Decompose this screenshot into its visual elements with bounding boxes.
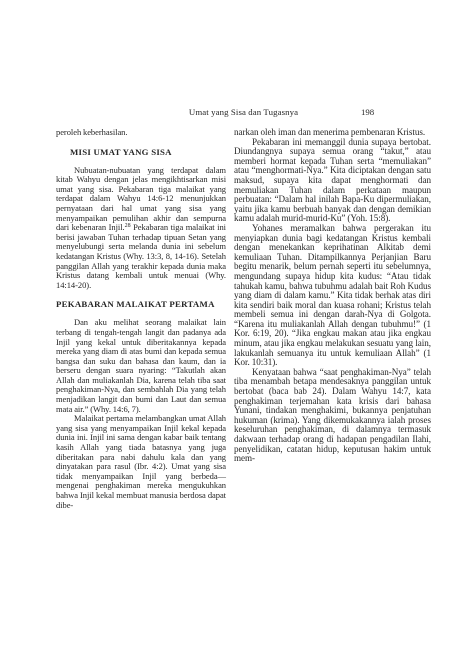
carryover-text: peroleh keberhasilan. bbox=[56, 128, 226, 138]
book-page: Umat yang Sisa dan Tugasnya 198 peroleh … bbox=[0, 0, 460, 650]
paragraph-misi-1: Nubuatan-nubuatan yang terdapat dalam ki… bbox=[56, 166, 226, 291]
text-block: Umat yang Sisa dan Tugasnya 198 peroleh … bbox=[56, 106, 431, 510]
section-heading-misi-umat-yang-sisa: MISI UMAT YANG SISA bbox=[56, 147, 226, 157]
paragraph-misi-1-text-continued: Pekabaran tiga malaikat ini berisi jawab… bbox=[56, 222, 226, 290]
paragraph-scripture-quote: Dan aku melihat seorang malaikat lain te… bbox=[56, 318, 226, 414]
page-number: 198 bbox=[361, 106, 374, 118]
right-column: narkan oleh iman dan menerima pembenaran… bbox=[234, 128, 431, 510]
paragraph-kenyataan-penghakiman: Kenyataan bahwa “saat penghakiman-Nya” t… bbox=[234, 368, 431, 464]
running-head-title: Umat yang Sisa dan Tugasnya bbox=[56, 106, 431, 118]
running-head: Umat yang Sisa dan Tugasnya 198 bbox=[56, 106, 431, 119]
left-column: peroleh keberhasilan. MISI UMAT YANG SIS… bbox=[56, 128, 226, 510]
paragraph-pekabaran-memanggil: Pekabaran ini memanggil dunia supaya ber… bbox=[234, 138, 431, 224]
paragraph-yohanes-meramalkan: Yohanes meramalkan bahwa pergerakan itu … bbox=[234, 224, 431, 368]
paragraph-malaikat-pertama: Malaikat pertama melambangkan umat Allah… bbox=[56, 414, 226, 510]
section-heading-pekabaran-malaikat-pertama: PEKABARAN MALAIKAT PERTAMA bbox=[56, 299, 226, 309]
two-column-layout: peroleh keberhasilan. MISI UMAT YANG SIS… bbox=[56, 128, 431, 510]
